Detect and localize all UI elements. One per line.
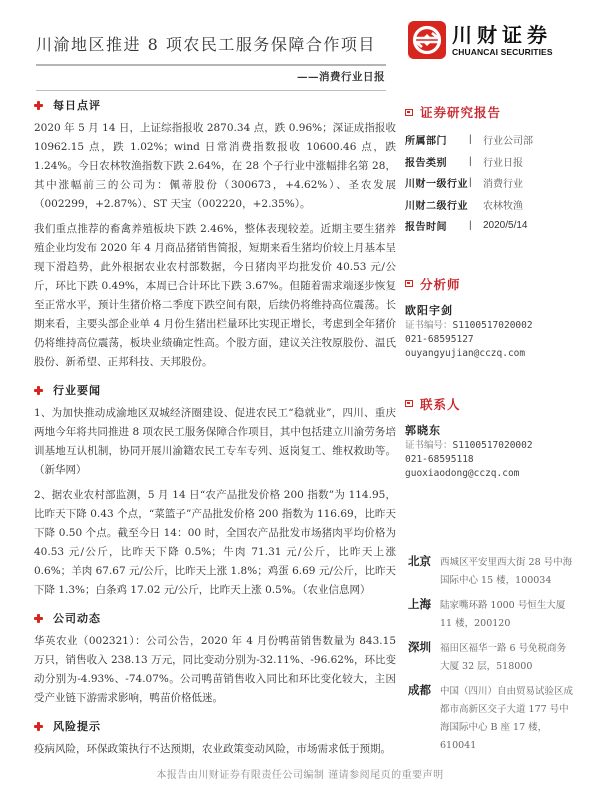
office-city: 成都	[408, 681, 436, 755]
office-address: 中国（四川）自由贸易试验区成都市高新区交子大道 177 号中海国际中心 B 座 …	[440, 681, 575, 755]
cert-number: S1100517020002	[453, 320, 533, 331]
contact-email[interactable]: guoxiaodong@cczq.com	[405, 467, 595, 481]
office-address: 西城区平安里西大街 28 号中海国际中心 15 楼，100034	[440, 552, 575, 590]
meta-row-report-date: 报告时间 | 2020/5/14	[405, 215, 595, 237]
office-city: 北京	[408, 552, 436, 590]
section-header-daily-review: 每日点评	[34, 97, 396, 113]
page-footer-disclaimer: 本报告由川财证券有限责任公司编制 谨请参阅尾页的重要声明	[0, 766, 600, 781]
meta-separator: |	[469, 156, 483, 167]
contact-cert: 证书编号：S1100517020002	[405, 439, 595, 453]
analyst-cert: 证书编号：S1100517020002	[405, 319, 595, 333]
sidebar-title: 证券研究报告	[420, 103, 501, 121]
section-header-risk: 风险提示	[34, 718, 396, 734]
diamond-bullet-icon	[34, 386, 43, 395]
paragraph: 华英农业（002321）：公司公告，2020 年 4 月份鸭苗销售数量为 843…	[34, 632, 396, 708]
main-content: 每日点评 2020 年 5 月 14 日，上证综指报收 2870.34 点，跌 …	[34, 97, 396, 765]
contact-phone: 021-68595118	[405, 453, 595, 467]
logo-name-cn: 川财证券	[452, 23, 553, 47]
section-title: 每日点评	[53, 97, 101, 113]
meta-separator: |	[469, 177, 483, 188]
office-addresses: 北京 西城区平安里西大街 28 号中海国际中心 15 楼，100034 上海 陆…	[408, 552, 598, 760]
meta-label: 报告类别	[405, 154, 469, 169]
sidebar-title: 联系人	[420, 395, 461, 413]
sidebar-header-contact: 联系人	[405, 395, 595, 413]
paragraph: 疫病风险，环保政策执行不达预期，农业政策变动风险，市场需求低于预期。	[34, 740, 396, 759]
analyst-name: 欧阳宇剑	[405, 303, 595, 319]
meta-row-level2-industry: 川财二级行业 农林牧渔	[405, 194, 595, 216]
diamond-bullet-icon	[34, 614, 43, 623]
meta-row-level1-industry: 川财一级行业 | 消费行业	[405, 172, 595, 194]
office-shenzhen: 深圳 福田区福华一路 6 号免税商务大厦 32 层，518000	[408, 638, 598, 676]
diamond-bullet-icon	[34, 722, 43, 731]
meta-value: 行业日报	[483, 154, 523, 169]
analyst-card: 欧阳宇剑 证书编号：S1100517020002 021-68595127 ou…	[405, 303, 595, 361]
meta-separator: |	[469, 220, 483, 231]
contact-name: 郭晓东	[405, 423, 595, 439]
diamond-bullet-icon	[34, 101, 43, 110]
analyst-email[interactable]: ouyangyujian@cczq.com	[405, 347, 595, 361]
office-city: 上海	[408, 595, 436, 633]
header-divider-bottom	[36, 90, 386, 91]
contact-card: 郭晓东 证书编号：S1100517020002 021-68595118 guo…	[405, 423, 595, 481]
report-subtitle: ——消费行业日报	[297, 69, 385, 84]
office-address: 福田区福华一路 6 号免税商务大厦 32 层，518000	[440, 638, 575, 676]
cert-label: 证书编号：	[405, 440, 453, 451]
square-bullet-icon	[405, 109, 413, 116]
office-address: 陆家嘴环路 1000 号恒生大厦 11 楼，200120	[440, 595, 575, 633]
meta-separator: |	[469, 134, 483, 145]
sidebar: 证券研究报告 所属部门 | 行业公司部 报告类别 | 行业日报 川财一级行业 |…	[405, 103, 595, 481]
meta-value: 消费行业	[483, 175, 523, 190]
sidebar-title: 分析师	[420, 275, 461, 293]
section-title: 行业要闻	[53, 382, 101, 398]
square-bullet-icon	[405, 400, 413, 407]
logo-name-en: CHUANCAI SECURITIES	[452, 47, 553, 57]
meta-label: 所属部门	[405, 132, 469, 147]
sidebar-header-analyst: 分析师	[405, 275, 595, 293]
company-logo: 川财证券 CHUANCAI SECURITIES	[408, 21, 553, 59]
meta-value: 行业公司部	[483, 132, 533, 147]
sidebar-header-report: 证券研究报告	[405, 103, 595, 121]
section-title: 公司动态	[53, 610, 101, 626]
cert-label: 证书编号：	[405, 320, 453, 331]
section-title: 风险提示	[53, 718, 101, 734]
paragraph: 2、据农业农村部监测，5 月 14 日“农产品批发价格 200 指数”为 114…	[34, 486, 396, 600]
meta-label: 川财一级行业	[405, 175, 469, 190]
paragraph: 1、为加快推动成渝地区双城经济圈建设、促进农民工“稳就业”，四川、重庆两地今年将…	[34, 404, 396, 480]
section-header-industry-news: 行业要闻	[34, 382, 396, 398]
paragraph: 2020 年 5 月 14 日，上证综指报收 2870.34 点，跌 0.96%…	[34, 119, 396, 214]
office-chengdu: 成都 中国（四川）自由贸易试验区成都市高新区交子大道 177 号中海国际中心 B…	[408, 681, 598, 755]
meta-value: 农林牧渔	[483, 197, 523, 212]
paragraph: 我们重点推荐的畜禽养殖板块下跌 2.46%，整体表现较差。近期主要生猪养殖企业均…	[34, 220, 396, 372]
square-bullet-icon	[405, 280, 413, 287]
report-title: 川渝地区推进 8 项农民工服务保障合作项目	[36, 32, 376, 55]
office-beijing: 北京 西城区平安里西大街 28 号中海国际中心 15 楼，100034	[408, 552, 598, 590]
logo-mark-icon	[408, 21, 446, 59]
cert-number: S1100517020002	[453, 440, 533, 451]
meta-label: 报告时间	[405, 218, 469, 233]
meta-row-department: 所属部门 | 行业公司部	[405, 129, 595, 151]
analyst-phone: 021-68595127	[405, 333, 595, 347]
meta-row-category: 报告类别 | 行业日报	[405, 151, 595, 173]
office-shanghai: 上海 陆家嘴环路 1000 号恒生大厦 11 楼，200120	[408, 595, 598, 633]
office-city: 深圳	[408, 638, 436, 676]
header-divider-top	[36, 64, 386, 66]
section-header-company-news: 公司动态	[34, 610, 396, 626]
meta-label: 川财二级行业	[405, 197, 469, 212]
meta-value: 2020/5/14	[483, 220, 528, 231]
